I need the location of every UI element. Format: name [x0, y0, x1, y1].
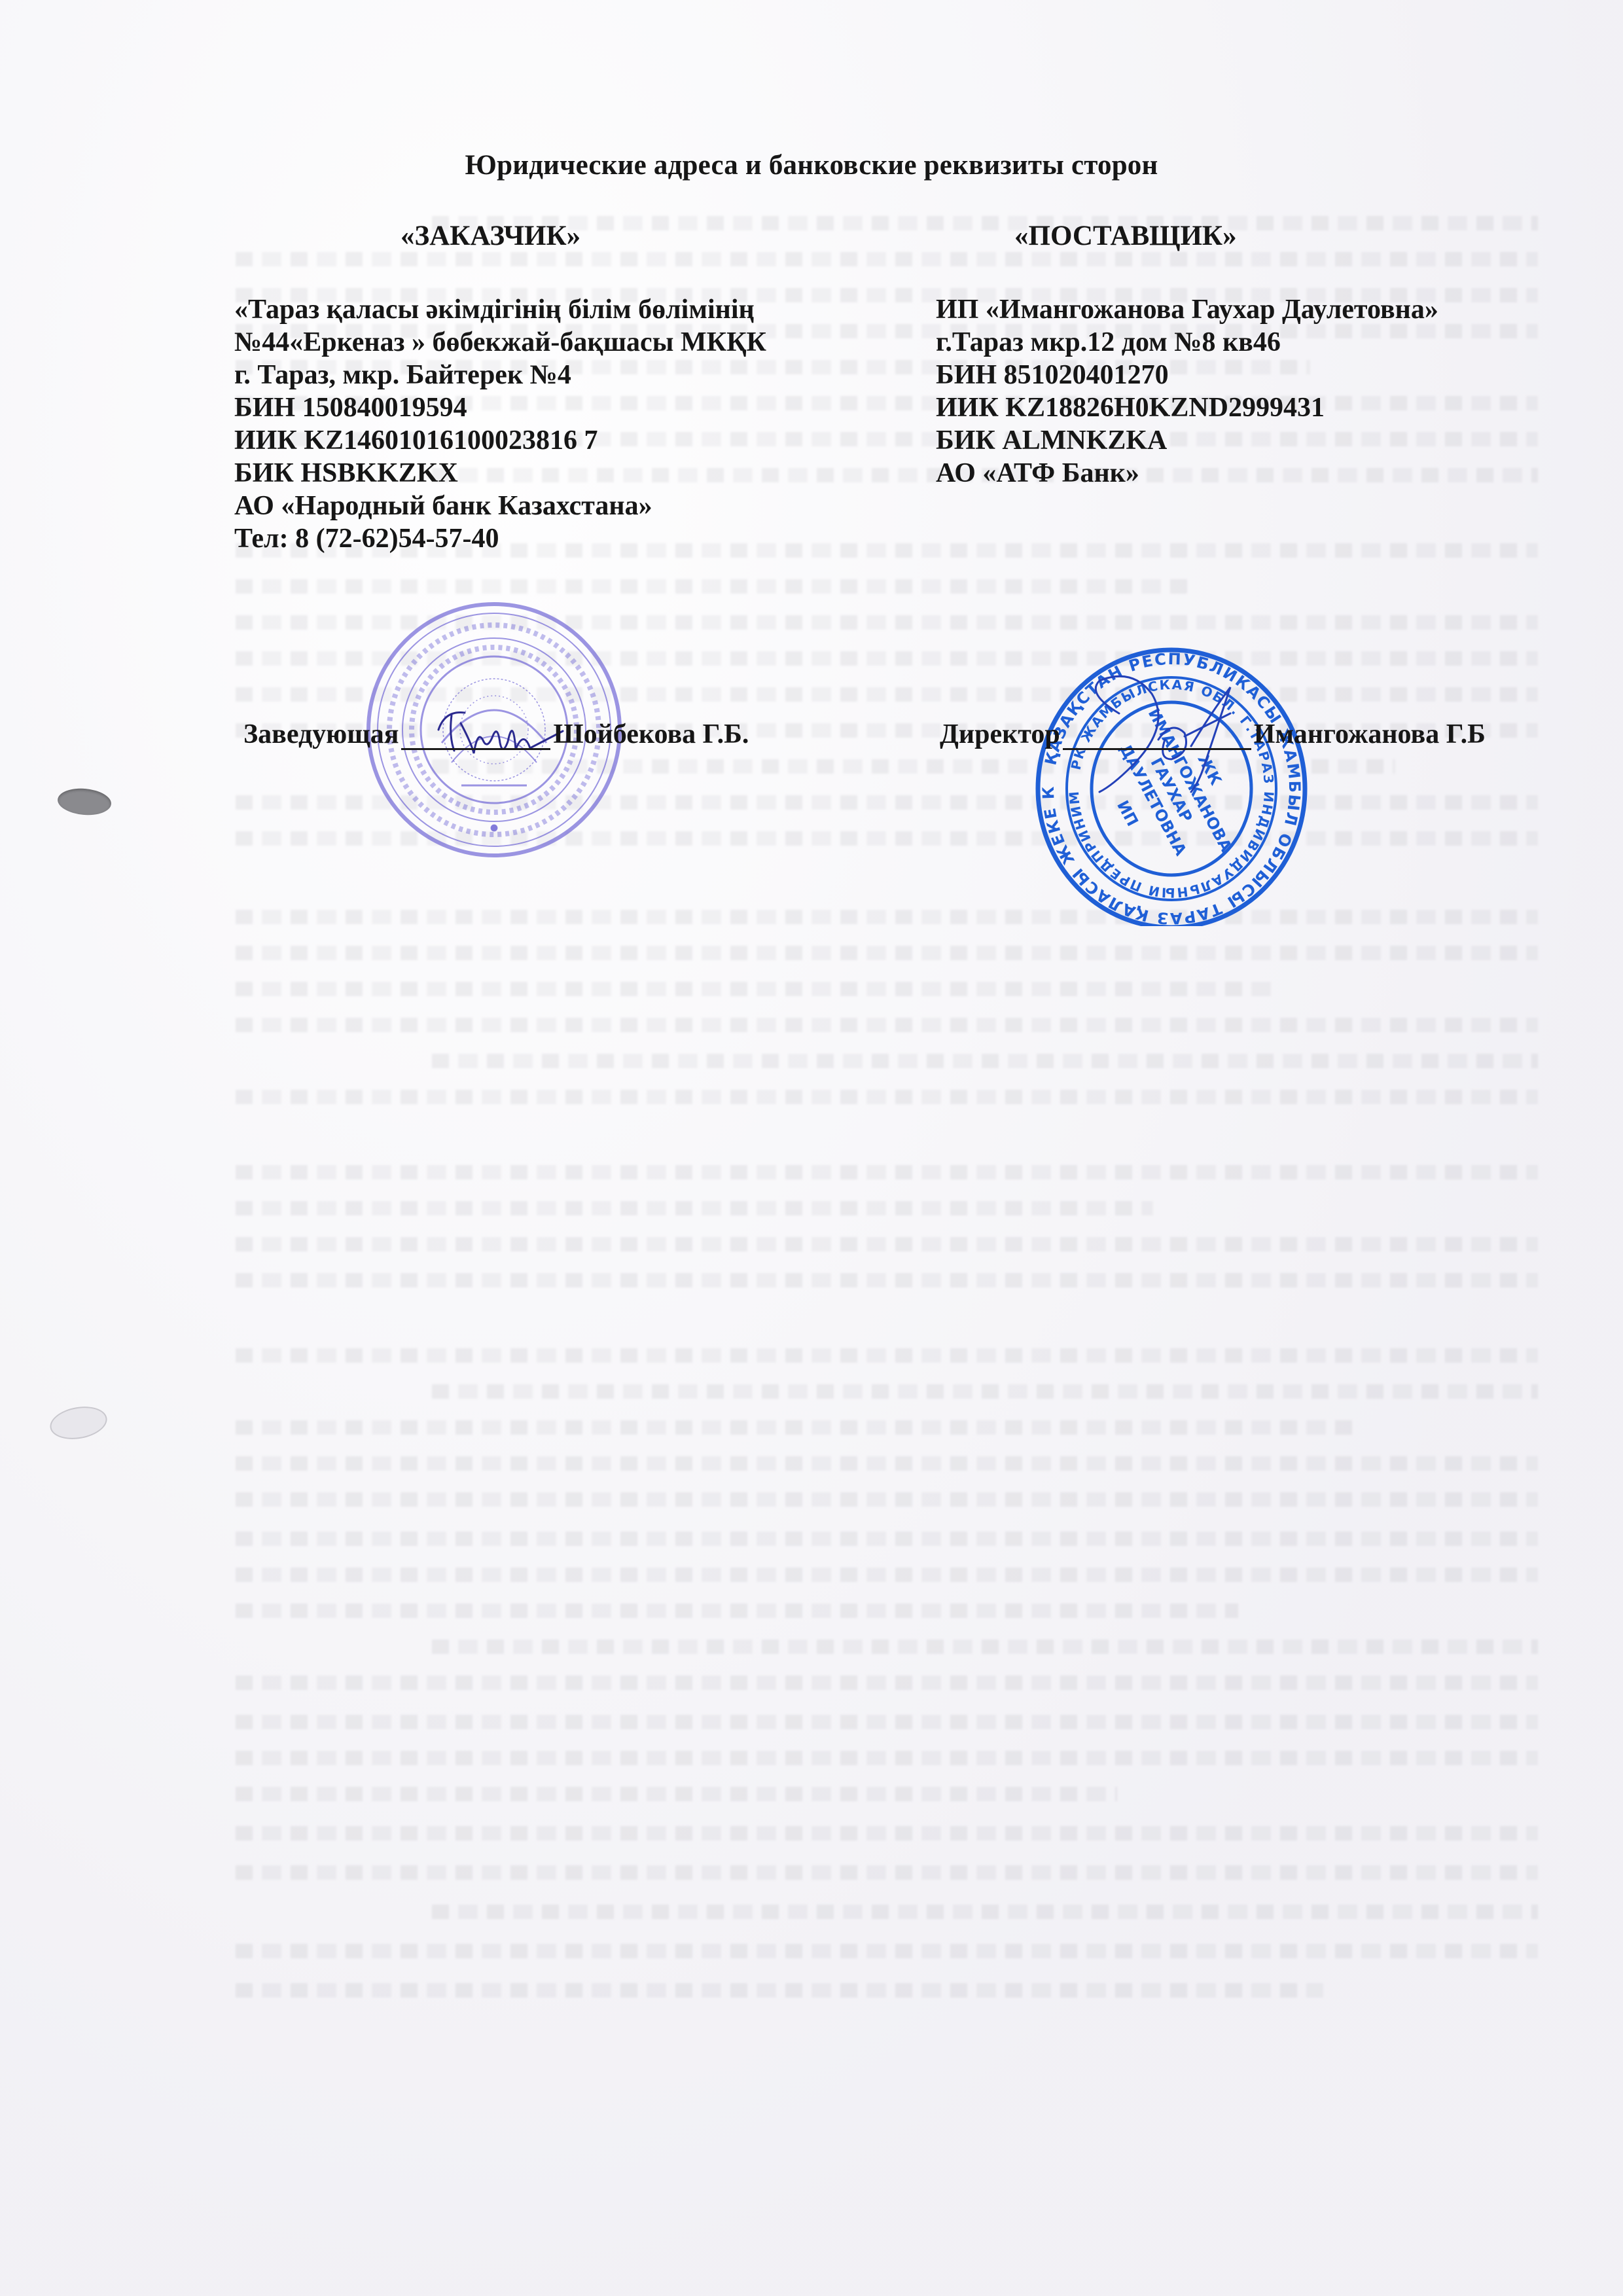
customer-heading: «ЗАКАЗЧИК»: [401, 220, 580, 252]
bleed-through-line: [236, 1420, 1359, 1435]
bleed-through-line: [236, 252, 1538, 266]
bleed-through-line: [236, 1532, 1538, 1546]
bleed-through-line: [236, 1456, 1538, 1471]
supplier-name: ИП «Имангожанова Гаухар Даулетовна»: [936, 293, 1438, 326]
bleed-through-line: [236, 1944, 1538, 1958]
bleed-through-line: [236, 1751, 1538, 1765]
customer-signature-line: Заведующая Шойбекова Г.Б.: [243, 719, 749, 750]
bleed-through-line: [236, 1492, 1538, 1507]
customer-details: «Тараз қаласы әкімдігінің білім бөліміні…: [234, 293, 766, 555]
svg-text:ДАУЛЕТОВНА: ДАУЛЕТОВНА: [1116, 741, 1190, 859]
customer-org-name-1: «Тараз қаласы әкімдігінің білім бөліміні…: [234, 293, 766, 326]
bleed-through-line: [236, 651, 1538, 666]
bleed-through-line: [432, 216, 1538, 230]
bleed-through-line: [236, 982, 1274, 996]
customer-bin: БИН 150840019594: [234, 391, 766, 424]
supplier-heading: «ПОСТАВЩИК»: [1014, 220, 1237, 252]
bleed-through-line: [236, 1090, 1538, 1104]
bleed-through-line: [236, 795, 1538, 810]
punch-hole: [48, 1403, 110, 1444]
supplier-round-stamp: ҚАЗАҚСТАН РЕСПУБЛИКАСЫ ЖАМБЫЛ ОБЛЫСЫ ТАР…: [1034, 638, 1309, 926]
bleed-through-line: [236, 615, 1538, 630]
bleed-through-line: [236, 579, 1189, 594]
document-title: Юридические адреса и банковские реквизит…: [0, 149, 1623, 181]
customer-signatory-name: Шойбекова Г.Б.: [553, 719, 749, 750]
svg-text:ГАУХАР: ГАУХАР: [1147, 755, 1196, 825]
bleed-through-line: [236, 1348, 1538, 1363]
bleed-through-line: [432, 1905, 1538, 1919]
supplier-signatory-role: Директор: [940, 719, 1060, 750]
bleed-through-line: [236, 831, 1538, 846]
supplier-details: ИП «Имангожанова Гаухар Даулетовна» г.Та…: [936, 293, 1438, 490]
bleed-through-line: [432, 1640, 1538, 1654]
svg-text:ЖК: ЖК: [1194, 751, 1225, 789]
svg-text:РК ЖАМБЫЛСКАЯ ОБЛ. Г.ТАРАЗ ИНД: РК ЖАМБЫЛСКАЯ ОБЛ. Г.ТАРАЗ ИНДИВИДУАЛЬНЫ…: [1034, 638, 1277, 901]
supplier-address: г.Тараз мкр.12 дом №8 кв46: [936, 326, 1438, 359]
customer-bik: БИК HSBKKZKX: [234, 457, 766, 490]
bleed-through-line: [236, 946, 1538, 960]
bleed-through-line: [236, 1865, 1538, 1880]
bleed-through-line: [236, 1273, 1538, 1287]
scanned-page: Юридические адреса и банковские реквизит…: [0, 0, 1623, 2296]
customer-signatory-role: Заведующая: [243, 719, 399, 750]
customer-bank: АО «Народный банк Казахстана»: [234, 490, 766, 522]
supplier-iik: ИИК KZ18826H0KZND2999431: [936, 391, 1438, 424]
customer-iik: ИИК KZ14601016100023816 7: [234, 424, 766, 457]
bleed-through-line: [236, 1018, 1538, 1032]
customer-org-name-2: №44«Еркеназ » бөбекжай-бақшасы МКҚК: [234, 326, 766, 359]
customer-phone: Тел: 8 (72-62)54-57-40: [234, 522, 766, 555]
bleed-through-line: [432, 759, 1395, 774]
bleed-through-line: [236, 1676, 1538, 1690]
supplier-signature-blank: [1063, 719, 1251, 750]
bleed-through-line: [236, 1983, 1323, 1998]
bleed-through-line: [432, 1384, 1538, 1399]
punch-hole: [56, 787, 112, 817]
bleed-through-line: [236, 687, 1538, 702]
bleed-through-line: [236, 1237, 1538, 1251]
supplier-bank: АО «АТФ Банк»: [936, 457, 1438, 490]
bleed-through-line: [236, 1201, 1153, 1215]
bleed-through-line: [236, 910, 1538, 924]
supplier-bin: БИН 851020401270: [936, 359, 1438, 391]
bleed-through-line: [236, 1715, 1538, 1729]
supplier-signatory-name: Имангожанова Г.Б: [1254, 719, 1486, 750]
svg-text:ҚАЗАҚСТАН РЕСПУБЛИКАСЫ ЖАМБЫЛ: ҚАЗАҚСТАН РЕСПУБЛИКАСЫ ЖАМБЫЛ ОБЛЫСЫ ТАР…: [1034, 638, 1304, 926]
supplier-signature-line: Директор Имангожанова Г.Б: [940, 719, 1486, 750]
supplier-bik: БИК ALMNKZKA: [936, 424, 1438, 457]
bleed-through-line: [236, 1165, 1538, 1179]
customer-signature-blank: [401, 719, 550, 750]
customer-address: г. Тараз, мкр. Байтерек №4: [234, 359, 766, 391]
bleed-through-line: [236, 1568, 1538, 1582]
bleed-through-line: [236, 1787, 1117, 1801]
svg-text:ИП: ИП: [1113, 797, 1142, 829]
bleed-through-line: [236, 1826, 1538, 1840]
bleed-through-line: [236, 1604, 1238, 1618]
bleed-through-line: [432, 1054, 1538, 1068]
